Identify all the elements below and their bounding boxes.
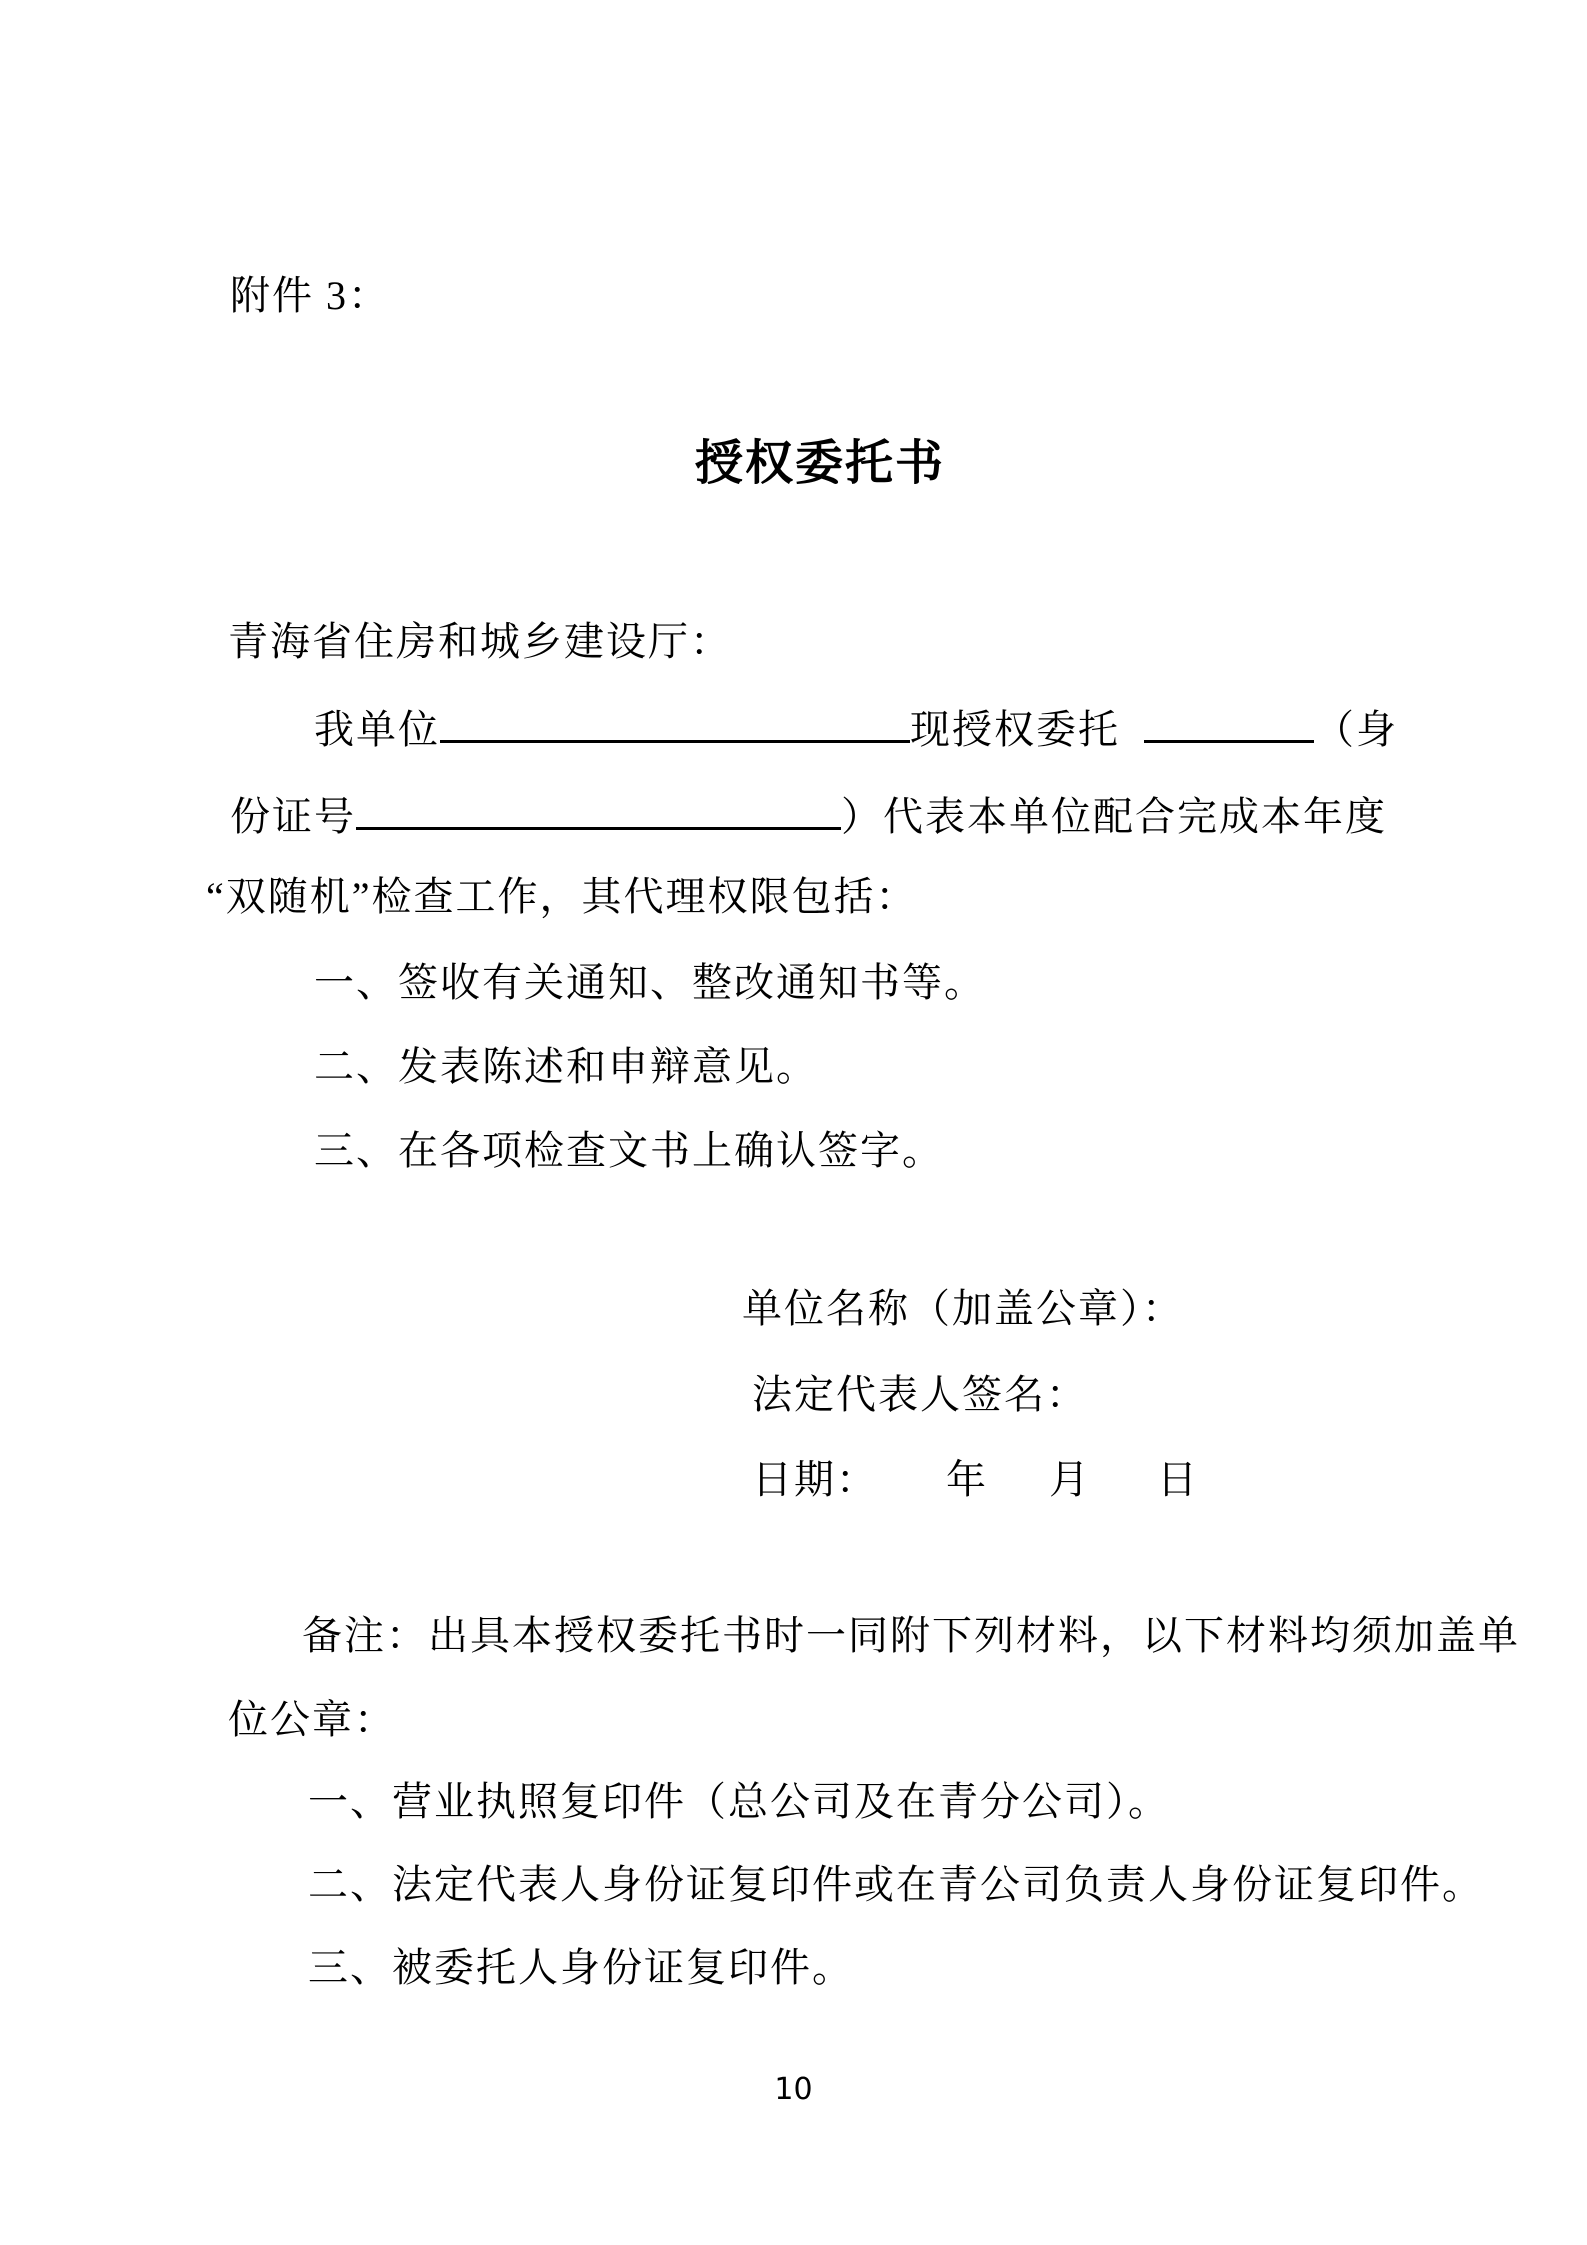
body-line-1: 我单位现授权委托（身 bbox=[314, 700, 1398, 754]
page-title: 授权委托书 bbox=[230, 424, 1410, 493]
signature-legal-rep-label: 法定代表人签名： bbox=[752, 1371, 1088, 1419]
fill-in-blank-unit-name bbox=[440, 700, 910, 743]
signature-date-line: 日期：年月日 bbox=[752, 1456, 1199, 1504]
authority-item-3: 三、在各项检查文书上确认签字。 bbox=[314, 1127, 944, 1175]
body-line-2: 份证号）代表本单位配合完成本年度 bbox=[230, 787, 1387, 841]
body-line-2-end: ）代表本单位配合完成本年度 bbox=[841, 794, 1387, 839]
notes-item-2: 二、法定代表人身份证复印件或在青公司负责人身份证复印件。 bbox=[308, 1861, 1484, 1909]
page-number: 10 bbox=[0, 2072, 1587, 2107]
notes-line-2: 位公章： bbox=[228, 1696, 396, 1744]
authority-item-1: 一、签收有关通知、整改通知书等。 bbox=[314, 959, 986, 1007]
fill-in-blank-delegate-name bbox=[1144, 700, 1314, 743]
attachment-label: 附件 3： bbox=[230, 272, 390, 320]
document-page: 附件 3： 授权委托书 青海省住房和城乡建设厅： 我单位现授权委托（身 份证号）… bbox=[0, 0, 1587, 2245]
body-line-1-end: （身 bbox=[1314, 707, 1398, 752]
notes-line-1: 备注：出具本授权委托书时一同附下列材料，以下材料均须加盖单 bbox=[302, 1612, 1520, 1660]
signature-unit-name-label: 单位名称（加盖公章）： bbox=[742, 1285, 1184, 1333]
body-line-2-pre: 份证号 bbox=[230, 794, 356, 839]
salutation: 青海省住房和城乡建设厅： bbox=[228, 618, 732, 666]
date-year-label: 年 bbox=[946, 1457, 988, 1502]
fill-in-blank-id-number bbox=[356, 787, 841, 830]
body-line-3: “双随机”检查工作，其代理权限包括： bbox=[206, 873, 918, 921]
authority-item-2: 二、发表陈述和申辩意见。 bbox=[314, 1043, 818, 1091]
body-line-1-mid: 现授权委托 bbox=[910, 707, 1120, 752]
date-label: 日期： bbox=[752, 1457, 878, 1502]
date-month-label: 月 bbox=[1049, 1457, 1091, 1502]
notes-item-1: 一、营业执照复印件（总公司及在青分公司）。 bbox=[308, 1778, 1170, 1826]
body-line-1-pre: 我单位 bbox=[314, 707, 440, 752]
date-day-label: 日 bbox=[1157, 1457, 1199, 1502]
notes-item-3: 三、被委托人身份证复印件。 bbox=[308, 1944, 854, 1992]
